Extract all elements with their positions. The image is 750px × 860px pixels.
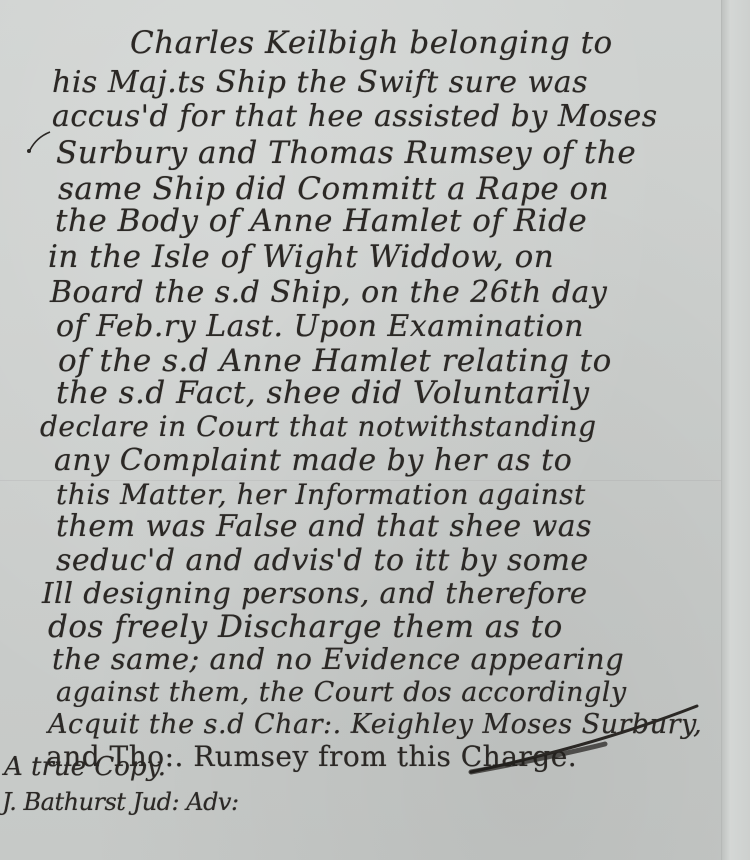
manuscript-line: in the Isle of Wight Widdow, on [48,240,554,274]
manuscript-line: Board the s.d Ship, on the 26th day [50,276,607,310]
attestation-true-copy: A true Copy. [4,752,166,782]
manuscript-line: Charles Keilbigh belonging to [130,26,613,60]
manuscript-line: the s.d Fact, shee did Voluntarily [56,376,590,410]
manuscript-line: of Feb.ry Last. Upon Examination [56,310,584,344]
manuscript-line: dos freely Discharge them as to [48,610,563,644]
manuscript-line: Surbury and Thomas Rumsey of the [56,136,636,170]
manuscript-line: of the s.d Anne Hamlet relating to [58,344,612,378]
manuscript-line: them was False and that shee was [56,510,592,544]
manuscript-line: declare in Court that notwithstanding [40,410,597,444]
manuscript-line: the Body of Anne Hamlet of Ride [55,204,587,238]
manuscript-line: same Ship did Committ a Rape on [58,172,609,206]
manuscript-line: any Complaint made by her as to [54,444,572,478]
margin-flourish [20,120,60,160]
manuscript-line: his Maj.ts Ship the Swift sure was [52,66,588,100]
manuscript-line: the same; and no Evidence appearing [52,642,624,676]
page-edge [721,0,750,860]
attestation-signature: J. Bathurst Jud: Adv: [2,788,239,816]
manuscript-line: this Matter, her Information against [56,478,586,512]
manuscript-page: Charles Keilbigh belonging to his Maj.ts… [0,0,750,860]
manuscript-line: seduc'd and advis'd to itt by some [56,544,589,578]
manuscript-line: accus'd for that hee assisted by Moses [52,100,658,134]
manuscript-line: Ill designing persons, and therefore [42,576,588,610]
closing-flourish [465,700,705,780]
